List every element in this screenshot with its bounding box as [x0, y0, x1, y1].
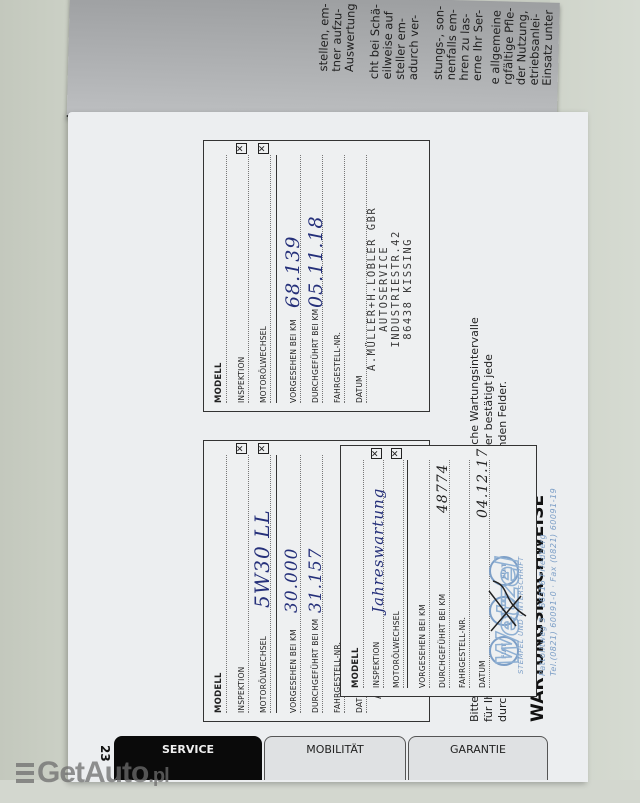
watermark-brand: GetAuto: [37, 756, 148, 789]
workshop-stamp: A.MÜLLER+H.LOBLER GBR AUTOSERVICE INDUST…: [366, 207, 414, 371]
handwritten-date: 04.12.17: [475, 448, 491, 518]
field-inspektion: INSPEKTION ✕: [228, 455, 249, 713]
field-vorgesehen-km: VORGESEHEN BEI KM 30.000: [280, 455, 301, 713]
field-label: FAHRGESTELL-NR.: [333, 332, 342, 403]
background-left: [0, 0, 75, 803]
field-label: MOTORÖLWECHSEL: [259, 326, 268, 403]
motoroelwechsel-checkbox[interactable]: ✕: [391, 448, 402, 459]
upper-text-column: stellen, em- tner aufzu- Auswertung: [317, 3, 358, 73]
field-label: MOTORÖLWECHSEL: [392, 611, 401, 688]
field-vorgesehen-km: VORGESEHEN BEI KM 68.139: [280, 155, 301, 403]
field-label: DURCHGEFÜHRT BEI KM: [311, 309, 320, 403]
field-durchgefuehrt-km: DURCHGEFÜHRT BEI KM 48774: [429, 460, 450, 688]
field-label: DURCHGEFÜHRT BEI KM: [438, 594, 447, 688]
field-label: FAHRGESTELL-NR.: [458, 617, 467, 688]
inspektion-checkbox[interactable]: ✕: [236, 443, 247, 454]
service-record-card-3: MODELL INSPEKTION ✕ MOTORÖLWECHSEL ✕ VOR…: [203, 140, 430, 412]
booklet-page: WARTUNGSNACHWEISE Bitte überprüfen Sie i…: [68, 112, 588, 782]
handwritten-planned-km: 68.139: [282, 236, 304, 308]
field-modell: MODELL: [206, 455, 227, 713]
motoroelwechsel-checkbox[interactable]: ✕: [258, 443, 269, 454]
field-fahrgestell-nr: FAHRGESTELL-NR.: [324, 155, 345, 403]
field-motoroelwechsel: MOTORÖLWECHSEL ✕: [250, 155, 271, 403]
field-datum: DATUM 04.12.17: [469, 460, 490, 688]
dealer-phone: Tel.(0821) 60091-0 · Fax (0821) 60091-19: [549, 488, 558, 676]
field-datum: DATUM: [346, 155, 367, 403]
field-label: DURCHGEFÜHRT BEI KM: [311, 619, 320, 713]
upper-text-column: cht bei Schä- eilweise auf steller em- a…: [368, 4, 422, 80]
upper-page-text: e allgemeine rgfältige Pfle- der Nutzung…: [442, 0, 560, 123]
field-label: DATUM: [478, 660, 487, 688]
menu-lines-icon: [16, 763, 34, 783]
service-record-card-2-wrap: MODELL INSPEKTION Jahreswartung ✕ MOTORÖ…: [340, 442, 535, 697]
field-label: DATUM: [355, 375, 364, 403]
section-tabs: SERVICE MOBILITÄT GARANTIE: [114, 734, 584, 782]
field-label: MOTORÖLWECHSEL: [259, 636, 268, 713]
service-record-card-2: MODELL INSPEKTION Jahreswartung ✕ MOTORÖ…: [340, 445, 537, 697]
dealer-address: Pattolitweg 5 · 86316 Friedberg: [538, 534, 547, 676]
field-modell: MODELL: [206, 155, 227, 403]
field-label: VORGESEHEN BEI KM: [289, 629, 298, 713]
field-fahrgestell-nr: FAHRGESTELL-NR.: [449, 460, 470, 688]
tab-garantie[interactable]: GARANTIE: [408, 736, 548, 780]
field-durchgefuehrt-km: DURCHGEFÜHRT BEI KM 05.11.18: [302, 155, 323, 403]
field-label: INSPEKTION: [237, 357, 246, 404]
field-vorgesehen-km: VORGESEHEN BEI KM: [409, 460, 430, 688]
field-modell: MODELL: [343, 460, 364, 688]
field-label: MODELL: [214, 672, 224, 713]
field-durchgefuehrt-km: DURCHGEFÜHRT BEI KM 31.157: [302, 455, 323, 713]
handwritten-actual-km: 31.157: [306, 548, 326, 613]
field-label: INSPEKTION: [237, 667, 246, 714]
field-inspektion: INSPEKTION Jahreswartung ✕: [363, 460, 384, 688]
divider: [276, 455, 277, 713]
field-label: INSPEKTION: [372, 642, 381, 689]
field-motoroelwechsel: MOTORÖLWECHSEL ✕: [383, 460, 404, 688]
field-inspektion: INSPEKTION ✕: [228, 155, 249, 403]
field-label: VORGESEHEN BEI KM: [418, 604, 427, 688]
handwritten-planned-km: 30.000: [282, 548, 302, 613]
inspektion-checkbox[interactable]: ✕: [371, 448, 382, 459]
divider: [276, 155, 277, 403]
handwritten-oil-note: 5W30 LL: [250, 509, 274, 608]
field-label: MODELL: [214, 362, 224, 403]
watermark: GetAuto.pl: [16, 756, 169, 790]
upper-text-column: e allgemeine rgfältige Pfle- der Nutzung…: [489, 7, 556, 86]
inspektion-checkbox[interactable]: ✕: [236, 143, 247, 154]
signature: [481, 576, 531, 636]
field-label: VORGESEHEN BEI KM: [289, 319, 298, 403]
field-motoroelwechsel: MOTORÖLWECHSEL 5W30 LL ✕: [250, 455, 271, 713]
upper-page: e allgemeine rgfältige Pfle- der Nutzung…: [67, 0, 560, 130]
divider: [407, 460, 408, 688]
tab-mobilitaet[interactable]: MOBILITÄT: [264, 736, 406, 780]
field-label: MODELL: [351, 647, 361, 688]
upper-text-column: stungs-, son- nenfalls em- hren zu las- …: [432, 6, 486, 82]
watermark-tld: .pl: [148, 765, 168, 787]
motoroelwechsel-checkbox[interactable]: ✕: [258, 143, 269, 154]
